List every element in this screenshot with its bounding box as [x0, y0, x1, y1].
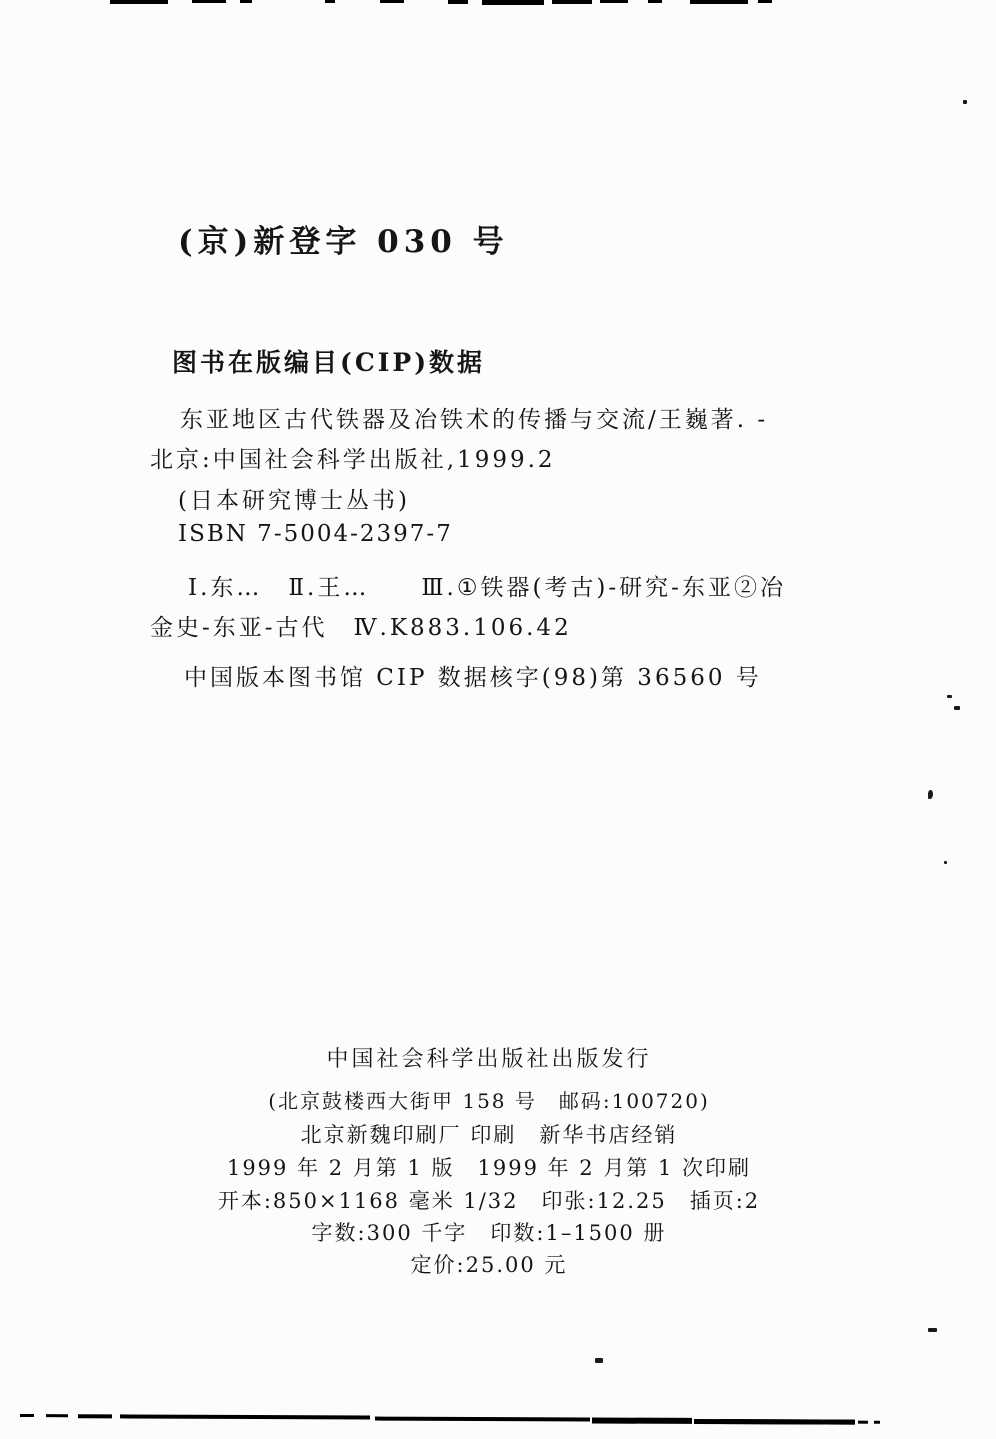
scan-artifact-top [192, 0, 226, 3]
colophon-edition-line: 1999 年 2 月第 1 版 1999 年 2 月第 1 次印刷 [0, 1152, 978, 1182]
scan-artifact-top [110, 0, 168, 4]
ink-speck [944, 861, 947, 864]
ink-speck [595, 1358, 603, 1363]
scan-artifact-top [648, 0, 662, 3]
scan-artifact-top [448, 0, 468, 4]
ink-speck [947, 695, 952, 698]
colophon-printing-line: 北京新魏印刷厂 印刷 新华书店经销 [0, 1119, 978, 1149]
colophon-price-line: 定价:25.00 元 [0, 1249, 978, 1279]
cip-subject-line1: Ⅰ.东… Ⅱ.王… Ⅲ.①铁器(考古)-研究-东亚②冶 [188, 569, 786, 602]
scan-artifact-top [758, 0, 772, 3]
scan-artifact-top [325, 0, 335, 3]
book-copyright-page: (京)新登字 030 号 图书在版编目(CIP)数据 东亚地区古代铁器及冶铁术的… [0, 0, 996, 1439]
registration-number: (京)新登字 030 号 [178, 216, 509, 261]
ink-speck [954, 706, 960, 710]
ink-speck [928, 1328, 937, 1332]
scan-artifact-top [240, 0, 252, 3]
cip-series-line: (日本研究博士丛书) [178, 482, 410, 515]
colophon-address-line: (北京鼓楼西大街甲 158 号 邮码:100720) [0, 1085, 978, 1114]
cip-subject-line2: 金史-东亚-古代 Ⅳ.K883.106.42 [150, 609, 572, 642]
ink-speck [928, 790, 933, 799]
colophon-publisher-line: 中国社会科学出版社出版发行 [0, 1042, 978, 1073]
scan-artifact-top [380, 0, 404, 3]
scan-artifact-top [482, 0, 544, 5]
scan-artifact-top [552, 0, 592, 4]
cip-isbn-line: ISBN 7-5004-2397-7 [178, 521, 453, 547]
cip-record-line: 中国版本图书馆 CIP 数据核字(98)第 36560 号 [184, 659, 762, 692]
cip-heading: 图书在版编目(CIP)数据 [172, 343, 485, 379]
colophon-count-line: 字数:300 千字 印数:1–1500 册 [0, 1217, 978, 1247]
scan-artifact-bottom [20, 1412, 880, 1428]
cip-title-line: 东亚地区古代铁器及冶铁术的传播与交流/王巍著. - [180, 401, 768, 434]
colophon-format-line: 开本:850×1168 毫米 1/32 印张:12.25 插页:2 [0, 1185, 978, 1215]
cip-imprint-line: 北京:中国社会科学出版社,1999.2 [150, 441, 556, 474]
scan-artifact-top [690, 0, 748, 4]
scan-artifact-top [600, 0, 628, 3]
ink-speck [963, 100, 967, 104]
